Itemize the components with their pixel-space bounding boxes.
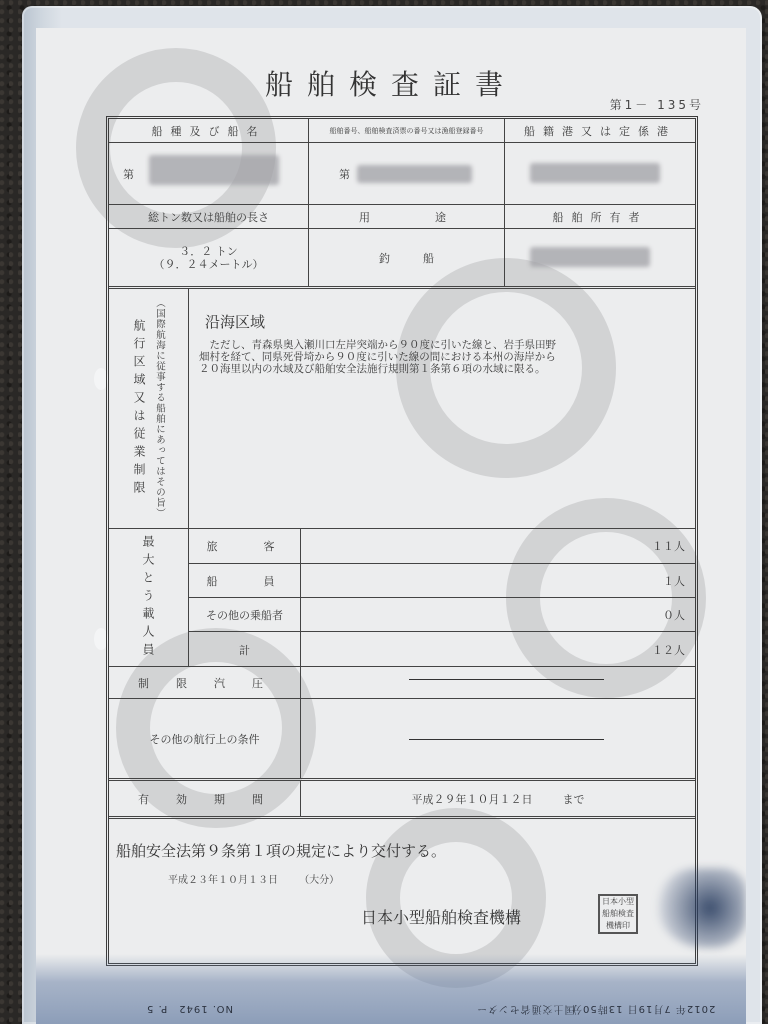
redacted-home-port [530,163,660,183]
boiler-pressure-row: 制 限 汽 圧 [109,667,695,699]
other-conditions-label: その他の航行上の条件 [109,699,301,778]
capacity-row-label: 旅 客 [189,529,301,563]
validity-date: 平成２９年１０月１２日 [412,791,533,807]
certificate-number: 第1－ 135号 [610,96,704,113]
navigation-area-label-cell: 航行区域又は従業制限 （国際航海に従事する船舶にあってはその旨） [109,289,189,528]
capacity-row-total: 計 １２人 [189,632,695,667]
issuance-date: 平成２３年１０月１３日 [168,875,278,886]
issuance-date-line: 平成２３年１０月１３日 （大分） [168,871,339,886]
fax-sender: 国土交通省センター [476,1003,575,1018]
capacity-row-others: その他の乗船者 ０人 [189,598,695,632]
purpose-value: 釣 船 [309,229,505,286]
tonnage-cell: ３．２ トン （９．２４メートル） [109,229,309,286]
boiler-pressure-label: 制 限 汽 圧 [109,667,301,698]
description-line: 畑村を経て、同県死骨埼から９０度に引いた線の間における本州の海岸から [199,351,639,363]
capacity-row-value: ０人 [301,598,695,631]
validity-value-cell: 平成２９年１０月１２日 まで [301,781,695,816]
issuer-name: 日本小型船舶検査機構 [361,905,521,928]
capacity-row-value: １２人 [301,632,695,667]
tonnage-value: ３．２ トン [179,245,238,258]
header-purpose: 用 途 [309,205,505,228]
tonnage-value-row: ３．２ トン （９．２４メートル） 釣 船 [109,229,695,289]
vessel-name-cell: 第 [109,143,309,204]
owner-cell [505,229,695,286]
capacity-row-value: １人 [301,564,695,597]
capacity-label: 最大とう載人員 [140,535,157,661]
vessel-name-prefix: 第 [123,166,134,182]
redacted-vessel-name [149,155,279,185]
redacted-vessel-number [357,165,472,183]
validity-label: 有 効 期 間 [109,781,301,816]
length-value: （９．２４メートル） [154,258,264,271]
other-conditions-row: その他の航行上の条件 [109,699,695,781]
header-owner: 船舶所有者 [505,205,695,228]
capacity-section: 最大とう載人員 旅 客 １１人 船 員 １人 その他の乗船者 ０人 計 １２人 [109,529,695,667]
redacted-owner [530,247,650,267]
tonnage-header-row: 総トン数又は船舶の長さ 用 途 船舶所有者 [109,205,695,229]
header-vessel-number: 船舶番号、船舶検査済票の番号又は漁船登録番号 [309,119,505,142]
fax-page-info: NO. 1942 P. 5 [146,1003,233,1018]
home-port-cell [505,143,695,204]
capacity-row-passengers: 旅 客 １１人 [189,529,695,564]
fax-timestamp: 2012年 7月19日 13時50分 [571,1003,715,1018]
capacity-row-label: 計 [189,632,301,667]
issuance-office: （大分） [299,875,339,886]
vessel-value-row: 第 第 [109,143,695,205]
header-vessel-name: 船種及び船名 [109,119,309,142]
navigation-area-row: 航行区域又は従業制限 （国際航海に従事する船舶にあってはその旨） 沿海区域 ただ… [109,289,695,529]
header-home-port: 船籍港又は定係港 [505,119,695,142]
official-seal: 日本小型船舶検査機構印 [598,894,638,934]
vessel-number-cell: 第 [309,143,505,204]
navigation-area-description: ただし、青森県奥入瀬川口左岸突端から９０度に引いた線と、岩手県田野 畑村を経て、… [199,339,639,375]
navigation-area-sublabel: （国際航海に従事する船舶にあってはその旨） [152,298,166,519]
capacity-label-cell: 最大とう載人員 [109,529,189,666]
other-conditions-blank-line [409,739,604,740]
vessel-header-row: 船種及び船名 船舶番号、船舶検査済票の番号又は漁船登録番号 船籍港又は定係港 [109,119,695,143]
capacity-row-label: その他の乗船者 [189,598,301,631]
capacity-row-crew: 船 員 １人 [189,564,695,598]
navigation-area-label: 航行区域又は従業制限 [131,319,148,499]
boiler-pressure-blank-line [409,679,604,680]
certificate-paper: 船舶検査証書 第1－ 135号 船種及び船名 船舶番号、船舶検査済票の番号又は漁… [36,28,746,1024]
capacity-rows: 旅 客 １１人 船 員 １人 その他の乗船者 ０人 計 １２人 [189,529,695,666]
vessel-number-prefix: 第 [339,166,350,182]
description-line: ただし、青森県奥入瀬川口左岸突端から９０度に引いた線と、岩手県田野 [199,339,639,351]
description-line: ２０海里以内の水域及び船舶安全法施行規則第１条第６項の水域に限る。 [199,363,639,375]
navigation-area-name: 沿海区域 [205,311,265,332]
validity-suffix: まで [563,791,585,807]
capacity-row-value: １１人 [301,529,695,563]
validity-row: 有 効 期 間 平成２９年１０月１２日 まで [109,781,695,819]
header-tonnage: 総トン数又は船舶の長さ [109,205,309,228]
capacity-row-label: 船 員 [189,564,301,597]
issuance-statement: 船舶安全法第９条第１項の規定により交付する。 [116,840,446,861]
certificate-form: 船種及び船名 船舶番号、船舶検査済票の番号又は漁船登録番号 船籍港又は定係港 第… [106,116,698,966]
